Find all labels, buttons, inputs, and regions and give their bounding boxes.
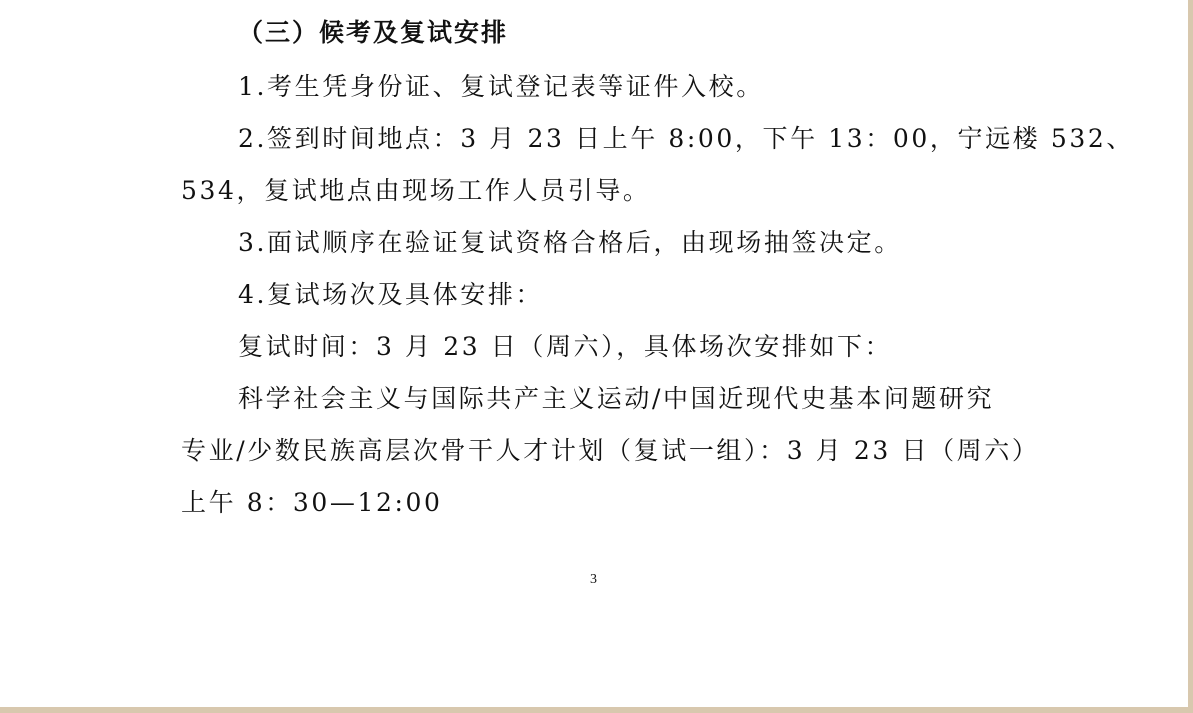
paragraph-item-3: 3.面试顺序在验证复试资格合格后，由现场抽签决定。 (238, 228, 902, 258)
paragraph-item-2-continued: 534，复试地点由现场工作人员引导。 (181, 176, 651, 206)
paragraph-group1-line1: 科学社会主义与国际共产主义运动/中国近现代史基本问题研究 (238, 384, 994, 414)
section-heading: （三）候考及复试安排 (238, 18, 508, 48)
paragraph-group1-line2: 专业/少数民族高层次骨干人才计划（复试一组）：3 月 23 日（周六） (181, 436, 1039, 466)
document-page: （三）候考及复试安排 1.考生凭身份证、复试登记表等证件入校。 2.签到时间地点… (0, 0, 1188, 707)
paragraph-item-4: 4.复试场次及具体安排： (238, 280, 543, 310)
paragraph-item-1: 1.考生凭身份证、复试登记表等证件入校。 (238, 72, 764, 102)
paragraph-item-2: 2.签到时间地点：3 月 23 日上午 8:00，下午 13：00，宁远楼 53… (238, 124, 1134, 154)
page-number: 3 (590, 571, 597, 589)
paragraph-group1-line3: 上午 8：30—12:00 (181, 488, 443, 518)
paragraph-schedule-date: 复试时间：3 月 23 日（周六），具体场次安排如下： (238, 332, 892, 362)
